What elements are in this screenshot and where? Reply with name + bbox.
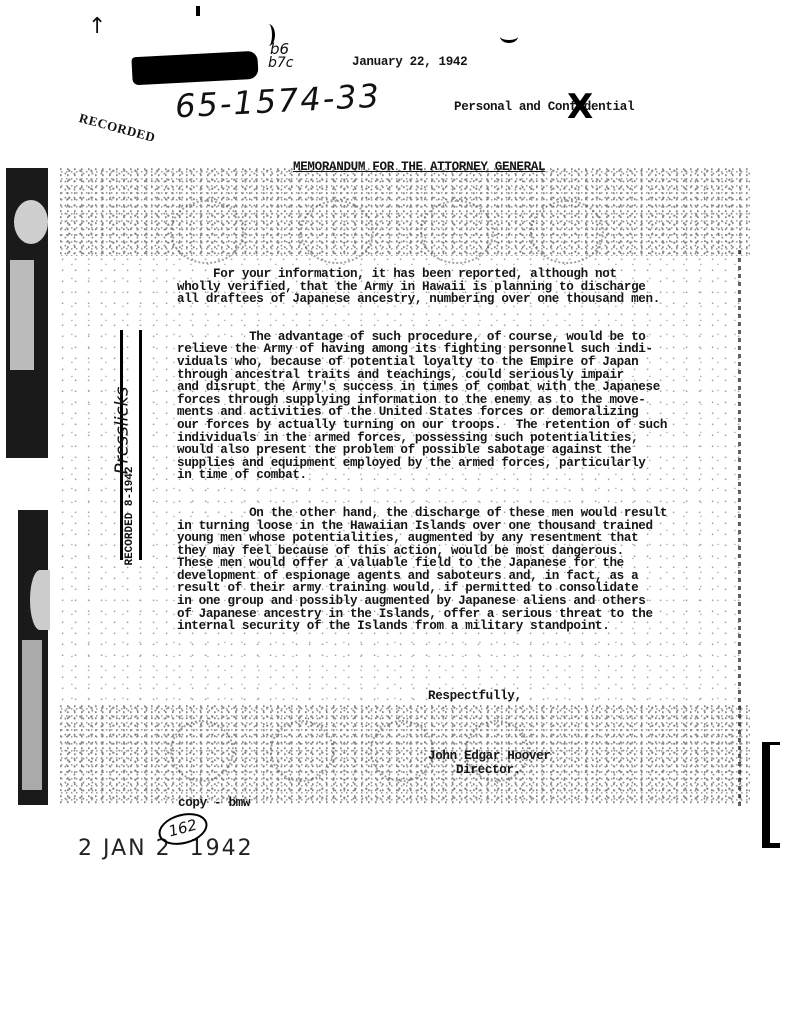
curve-mark-right [500, 30, 518, 43]
x-mark: X [567, 90, 593, 124]
bracket-mark [762, 742, 780, 848]
scan-mark-top [196, 6, 200, 16]
paragraph-3: On the other hand, the discharge of thes… [177, 507, 717, 633]
memo-date: January 22, 1942 [352, 55, 467, 69]
margin-vertical-stamp: RECORDED 8-1942 [124, 446, 136, 586]
paragraph-2: The advantage of such procedure, of cour… [177, 331, 717, 482]
closing: Respectfully, [428, 689, 522, 703]
watermark-ring [270, 720, 334, 782]
scan-edge-streak [10, 260, 34, 370]
signature-name: John Edgar Hoover [428, 749, 551, 763]
handwritten-arrow-mark: ↑ [88, 14, 106, 39]
classification-label: Personal and Confidential [454, 100, 634, 114]
scan-edge-arc [30, 570, 50, 630]
text-line: young men whose potentialities, augmente… [177, 532, 717, 545]
scan-edge-ellipse [14, 200, 48, 244]
text-line: our forces by actually turning on our tr… [177, 419, 717, 432]
text-line: in time of combat. [177, 469, 717, 482]
recorded-stamp: RECORDED [77, 110, 157, 146]
text-line: These men would offer a valuable field t… [177, 557, 717, 570]
watermark-ring [170, 720, 234, 782]
text-line: viduals who, because of potential loyalt… [177, 356, 717, 369]
circled-number-text: 162 [167, 816, 199, 841]
text-line: On the other hand, the discharge of thes… [177, 507, 717, 520]
memo-title: MEMORANDUM FOR THE ATTORNEY GENERAL [293, 160, 545, 174]
watermark-ring [300, 200, 374, 264]
text-line: For your information, it has been report… [177, 268, 717, 281]
watermark-ring [370, 720, 434, 782]
watermark-ring [170, 200, 244, 264]
text-line: internal security of the Islands from a … [177, 620, 717, 633]
redaction-bar [131, 51, 258, 86]
watermark-ring [530, 200, 604, 264]
exemption-code: b7c [268, 55, 294, 71]
text-line: would also present the problem of possib… [177, 444, 717, 457]
signature-title: Director. [456, 763, 521, 777]
text-line: in one group and possibly augmented by J… [177, 595, 717, 608]
noise-band-top [60, 168, 750, 256]
scan-edge-streak-2 [22, 640, 42, 790]
text-line: all draftees of Japanese ancestry, numbe… [177, 293, 717, 306]
text-line: and disrupt the Army's success in times … [177, 381, 717, 394]
file-number: 65-1574-33 [174, 77, 382, 126]
paragraph-1: For your information, it has been report… [177, 268, 717, 306]
copy-note: copy - bmw [178, 796, 250, 810]
watermark-ring [420, 200, 494, 264]
memo-body: For your information, it has been report… [177, 268, 717, 633]
